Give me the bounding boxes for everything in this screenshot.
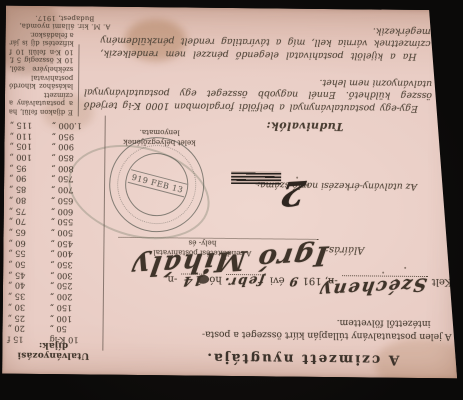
stamp-caption-top: A rendeltetési postahivatal hely- és — [142, 238, 262, 258]
fee-amount: 1.000 „ — [52, 120, 100, 131]
stamp-caption-line1: A rendeltetési postahivatal — [142, 248, 262, 259]
fee-value: 45 „ — [8, 270, 42, 281]
fee-value: 65 „ — [9, 227, 43, 238]
stamp-caption-line3: kelet bélyegzőjének — [99, 137, 219, 148]
fee-amount: 850 „ — [51, 152, 99, 163]
date-evi-label: évi — [270, 274, 285, 285]
postal-form: A czimzett nyugtája. A jelen postautalvá… — [2, 6, 461, 379]
journal-number-hatch — [231, 171, 281, 185]
fee-value: 15 f — [7, 334, 41, 345]
month-dotted-field: febr. — [226, 274, 266, 286]
fee-row: 100 „25 „ — [6, 313, 100, 325]
fee-value: 55 „ — [8, 248, 42, 259]
fee-value: 85 „ — [9, 184, 43, 195]
fee-amount: 200 „ — [50, 292, 98, 303]
fee-amount: 500 „ — [51, 227, 99, 238]
fee-row: 750 „90 „ — [7, 173, 101, 185]
fee-amount: 750 „ — [51, 174, 99, 185]
fee-row: 200 „35 „ — [6, 291, 100, 303]
fee-amount: 300 „ — [50, 270, 98, 281]
fee-amount: 950 „ — [52, 131, 100, 142]
fee-value: 75 „ — [9, 206, 43, 217]
fee-footnote: E díjakon felül, ha a postautalvány a cz… — [9, 30, 74, 117]
fee-amount: 400 „ — [50, 249, 98, 260]
fee-amount: 50 „ — [49, 324, 97, 335]
fee-value: 40 „ — [8, 280, 42, 291]
fee-row: 950 „110 „ — [8, 131, 102, 143]
fee-row: 400 „55 „ — [6, 248, 100, 260]
fee-value: 30 „ — [8, 302, 42, 313]
fee-row: 900 „105 „ — [7, 141, 101, 153]
fee-row: 1.000 „115 „ — [8, 120, 102, 132]
ink-speck — [382, 272, 384, 274]
fee-amount: 550 „ — [51, 217, 99, 228]
fee-value: 115 „ — [10, 120, 44, 131]
page-title: A czimzett nyugtája. — [147, 349, 457, 368]
fee-row: 350 „50 „ — [6, 259, 100, 271]
fee-row: 250 „40 „ — [6, 280, 100, 292]
fee-value: 60 „ — [8, 238, 42, 249]
fee-amount: 700 „ — [51, 185, 99, 196]
fee-amount: 900 „ — [51, 142, 99, 153]
fee-value: 25 „ — [8, 313, 42, 324]
printer-imprint: A. M. kir. állami nyomda, Budapest, 1917… — [5, 14, 125, 31]
fee-amount: 250 „ — [50, 281, 98, 292]
place-dotted-field: Szécheny — [342, 275, 428, 288]
fee-row: 600 „75 „ — [7, 206, 101, 218]
receipt-statement-line1: A jelen postautalvány túllapján kiírt ös… — [111, 328, 451, 343]
fee-value: 105 „ — [9, 141, 43, 152]
notes-paragraph-1: Egy-egy postautalványnyal a belföldi for… — [84, 73, 432, 114]
fee-amount: 600 „ — [51, 206, 99, 217]
fee-row: 10 K-ig15 f — [5, 334, 99, 346]
fee-value: 80 „ — [9, 195, 43, 206]
fee-row: 550 „70 „ — [7, 216, 101, 228]
fee-value: 20 „ — [8, 323, 42, 334]
fee-amount: 350 „ — [50, 259, 98, 270]
fee-value: 35 „ — [8, 291, 42, 302]
fee-row: 300 „45 „ — [6, 270, 100, 282]
fee-value: 100 „ — [9, 152, 43, 163]
fee-amount: 450 „ — [50, 238, 98, 249]
journal-number-handwriting: 2 — [277, 172, 309, 213]
fee-value: 110 „ — [10, 131, 44, 142]
notes-paragraph-2: Ha a kijelölt postahivatal elegendő pénz… — [100, 21, 430, 62]
fee-value: 90 „ — [9, 173, 43, 184]
scan-background: A czimzett nyugtája. A jelen postautalvá… — [0, 0, 463, 400]
fee-row: 150 „30 „ — [6, 302, 100, 314]
fee-amount: 800 „ — [51, 163, 99, 174]
fee-row: 650 „80 „ — [7, 195, 101, 207]
fee-table: 10 K-ig15 f50 „20 „100 „25 „150 „30 „200… — [5, 120, 101, 346]
fee-value: 50 „ — [8, 259, 42, 270]
receipt-statement-line2: intézettől fölvettem. — [231, 316, 431, 329]
year-digit-handwriting: 9 — [287, 274, 299, 289]
fee-amount: 100 „ — [50, 313, 98, 324]
fee-amount: 10 K-ig — [49, 334, 97, 345]
fee-amount: 650 „ — [51, 195, 99, 206]
fee-value: 70 „ — [9, 216, 43, 227]
ink-speck — [404, 267, 406, 269]
fee-row: 700 „85 „ — [7, 184, 101, 196]
fee-row: 800 „95 „ — [7, 163, 101, 175]
fee-amount: 150 „ — [50, 302, 98, 313]
fee-row: 850 „100 „ — [7, 152, 101, 164]
fee-row: 500 „65 „ — [7, 227, 101, 239]
date-kelt-label: Kelt — [432, 276, 452, 287]
fee-row: 50 „20 „ — [6, 323, 100, 335]
fee-row: 450 „60 „ — [6, 238, 100, 250]
signature-label: Aláírás: — [326, 244, 365, 255]
fee-value: 95 „ — [9, 163, 43, 174]
